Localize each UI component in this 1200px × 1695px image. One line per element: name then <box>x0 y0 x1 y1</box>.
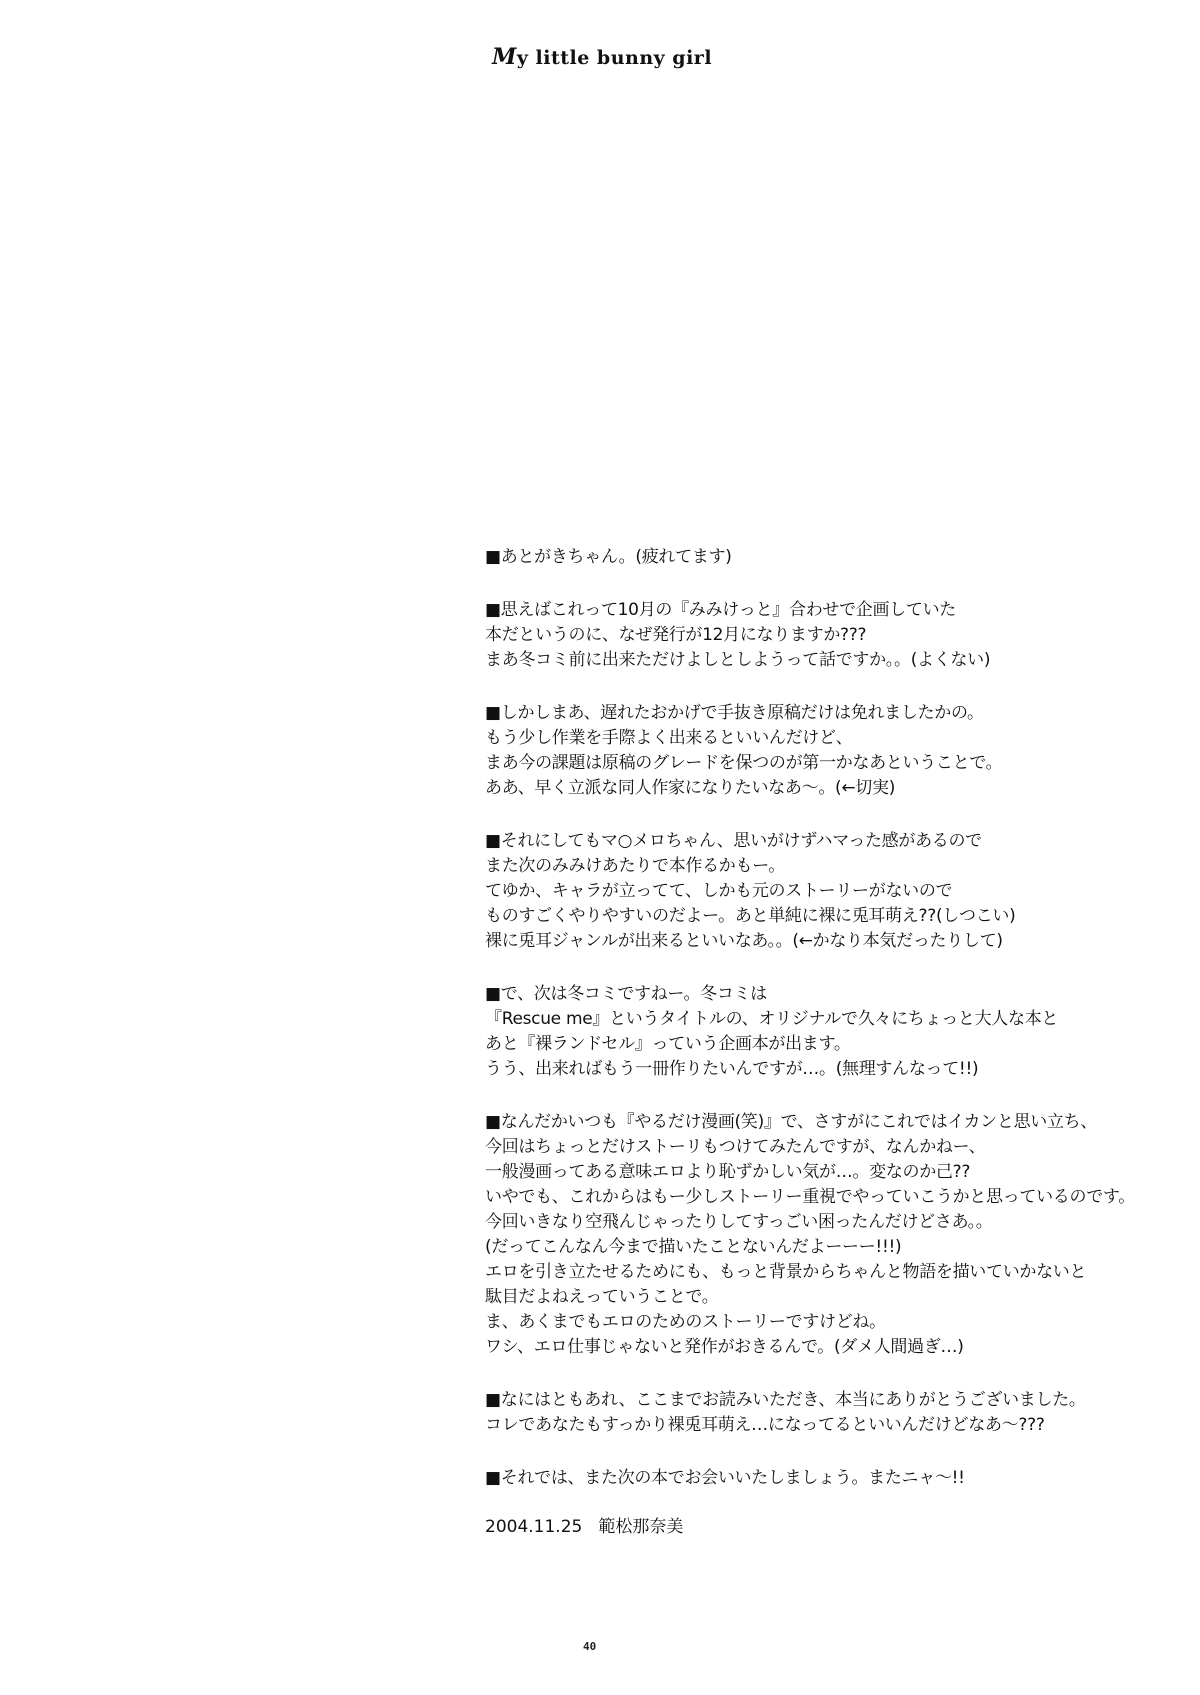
text-line: まあ今の課題は原稿のグレードを保つのが第一かなあということで。 <box>485 751 1185 776</box>
signature: 2004.11.25範松那奈美 <box>485 1515 683 1540</box>
text-line: ■思えばこれって10月の『みみけっと』合わせで企画していた <box>485 598 1185 623</box>
text-line: うう、出来ればもう一冊作りたいんですが…。(無理すんなって!!) <box>485 1057 1185 1082</box>
text-line: コレであなたもすっかり裸兎耳萌え…になってるといいんだけどなあ～??? <box>485 1413 1185 1438</box>
text-line: ■しかしまあ、遅れたおかげで手抜き原稿だけは免れましたかの。 <box>485 701 1185 726</box>
text-line: (だってこんなん今まで描いたことないんだよーーー!!!) <box>485 1235 1185 1260</box>
text-line: 今回いきなり空飛んじゃったりしてすっごい困ったんだけどさあ。。 <box>485 1210 1185 1235</box>
paragraph-quality: ■しかしまあ、遅れたおかげで手抜き原稿だけは免れましたかの。 もう少し作業を手際… <box>485 701 1185 801</box>
text-line: いやでも、これからはもー少しストーリー重視でやっていこうかと思っているのです。 <box>485 1185 1185 1210</box>
text-line: まあ冬コミ前に出来ただけよしとしようって話ですか。。(よくない) <box>485 648 1185 673</box>
text-line: ■なにはともあれ、ここまでお読みいただき、本当にありがとうございました。 <box>485 1388 1185 1413</box>
text-line: また次のみみけあたりで本作るかもー。 <box>485 854 1185 879</box>
text-line: 『Rescue me』というタイトルの、オリジナルで久々にちょっと大人な本と <box>485 1007 1185 1032</box>
signature-author: 範松那奈美 <box>598 1517 683 1537</box>
text-line: もう少し作業を手際よく出来るといいんだけど、 <box>485 726 1185 751</box>
text-line: ■それにしてもマ○メロちゃん、思いがけずハマった感があるので <box>485 829 1185 854</box>
paragraph-thanks: ■なにはともあれ、ここまでお読みいただき、本当にありがとうございました。 コレで… <box>485 1388 1185 1438</box>
text-line: ワシ、エロ仕事じゃないと発作がおきるんで。(ダメ人間過ぎ…) <box>485 1335 1185 1360</box>
text-line: 駄目だよねえっていうことで。 <box>485 1285 1185 1310</box>
paragraph-character: ■それにしてもマ○メロちゃん、思いがけずハマった感があるので また次のみみけあた… <box>485 829 1185 954</box>
paragraph-farewell: ■それでは、また次の本でお会いいたしましょう。またニャ～!! <box>485 1466 1185 1491</box>
text-line: てゆか、キャラが立ってて、しかも元のストーリーがないので <box>485 879 1185 904</box>
signature-date: 2004.11.25 <box>485 1517 582 1537</box>
page-title-initial: M <box>492 44 517 70</box>
text-line: あと『裸ランドセル』っていう企画本が出ます。 <box>485 1032 1185 1057</box>
page-title-rest: y little bunny girl <box>517 47 712 69</box>
page-number: 40 <box>583 1640 596 1653</box>
text-line: ま、あくまでもエロのためのストーリーですけどね。 <box>485 1310 1185 1335</box>
paragraph-story: ■なんだかいつも『やるだけ漫画(笑)』で、さすがにこれではイカンと思い立ち、 今… <box>485 1110 1185 1360</box>
text-line: ■なんだかいつも『やるだけ漫画(笑)』で、さすがにこれではイカンと思い立ち、 <box>485 1110 1185 1135</box>
text-line: 今回はちょっとだけストーリもつけてみたんですが、なんかねー、 <box>485 1135 1185 1160</box>
page-title: My little bunny girl <box>492 44 712 70</box>
text-line: エロを引き立たせるためにも、もっと背景からちゃんと物語を描いていかないと <box>485 1260 1185 1285</box>
afterword-body: ■あとがきちゃん。(疲れてます) ■思えばこれって10月の『みみけっと』合わせで… <box>485 545 1185 1519</box>
text-line: 本だというのに、なぜ発行が12月になりますか??? <box>485 623 1185 648</box>
paragraph-delay: ■思えばこれって10月の『みみけっと』合わせで企画していた 本だというのに、なぜ… <box>485 598 1185 673</box>
text-line: ■それでは、また次の本でお会いいたしましょう。またニャ～!! <box>485 1466 1185 1491</box>
text-line: ものすごくやりやすいのだよー。あと単純に裸に兎耳萌え??(しつこい) <box>485 904 1185 929</box>
paragraph-next-event: ■で、次は冬コミですねー。冬コミは 『Rescue me』というタイトルの、オリ… <box>485 982 1185 1082</box>
text-line: ■あとがきちゃん。(疲れてます) <box>485 545 1185 570</box>
paragraph-heading: ■あとがきちゃん。(疲れてます) <box>485 545 1185 570</box>
text-line: ■で、次は冬コミですねー。冬コミは <box>485 982 1185 1007</box>
text-line: 一般漫画ってある意味エロより恥ずかしい気が…。変なのか己?? <box>485 1160 1185 1185</box>
text-line: 裸に兎耳ジャンルが出来るといいなあ。。(←かなり本気だったりして) <box>485 929 1185 954</box>
text-line: ああ、早く立派な同人作家になりたいなあ～。(←切実) <box>485 776 1185 801</box>
